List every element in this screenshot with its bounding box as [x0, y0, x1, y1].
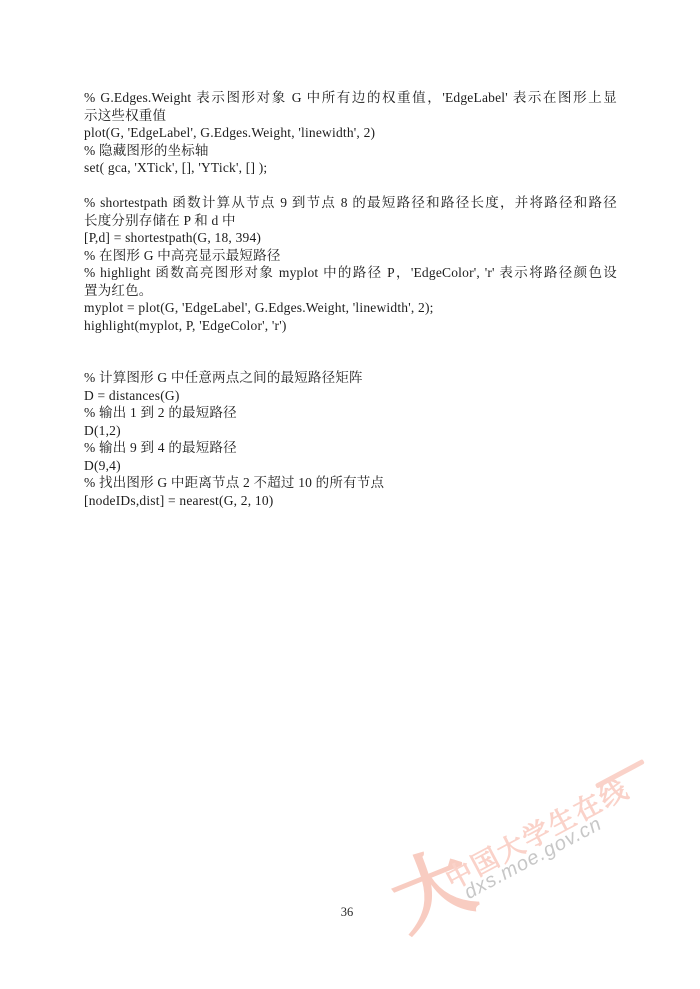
document-text: % G.Edges.Weight 表示图形对象 G 中所有边的权重值，'Edge… [84, 89, 617, 509]
text-line: % 在图形 G 中高亮显示最短路径 [84, 247, 617, 265]
text-line: 置为红色。 [84, 282, 617, 300]
text-line: % shortestpath 函数计算从节点 9 到节点 8 的最短路径和路径长… [84, 194, 617, 212]
text-line: [nodeIDs,dist] = nearest(G, 2, 10) [84, 492, 617, 510]
text-line: % G.Edges.Weight 表示图形对象 G 中所有边的权重值，'Edge… [84, 89, 617, 107]
text-line: % 隐藏图形的坐标轴 [84, 142, 617, 160]
text-line: [P,d] = shortestpath(G, 18, 394) [84, 229, 617, 247]
text-block: % 计算图形 G 中任意两点之间的最短路径矩阵D = distances(G)%… [84, 369, 617, 509]
document-page: % G.Edges.Weight 表示图形对象 G 中所有边的权重值，'Edge… [0, 0, 700, 989]
text-line: % 计算图形 G 中任意两点之间的最短路径矩阵 [84, 369, 617, 387]
text-line: % 找出图形 G 中距离节点 2 不超过 10 的所有节点 [84, 474, 617, 492]
watermark-title: 中国大学生在线 [442, 775, 634, 894]
text-line: plot(G, 'EdgeLabel', G.Edges.Weight, 'li… [84, 124, 617, 142]
text-line: % highlight 函数高亮图形对象 myplot 中的路径 P，'Edge… [84, 264, 617, 282]
text-block: % G.Edges.Weight 表示图形对象 G 中所有边的权重值，'Edge… [84, 89, 617, 177]
text-block: % shortestpath 函数计算从节点 9 到节点 8 的最短路径和路径长… [84, 194, 617, 334]
text-line: D(9,4) [84, 457, 617, 475]
text-line: % 输出 9 到 4 的最短路径 [84, 439, 617, 457]
text-line: 示这些权重值 [84, 107, 617, 125]
text-line: D(1,2) [84, 422, 617, 440]
text-line: set( gca, 'XTick', [], 'YTick', [] ); [84, 159, 617, 177]
text-line: 长度分别存储在 P 和 d 中 [84, 212, 617, 230]
text-line: myplot = plot(G, 'EdgeLabel', G.Edges.We… [84, 299, 617, 317]
text-line: % 输出 1 到 2 的最短路径 [84, 404, 617, 422]
text-line: highlight(myplot, P, 'EdgeColor', 'r') [84, 317, 617, 335]
text-line: D = distances(G) [84, 387, 617, 405]
page-number: 36 [0, 905, 694, 920]
